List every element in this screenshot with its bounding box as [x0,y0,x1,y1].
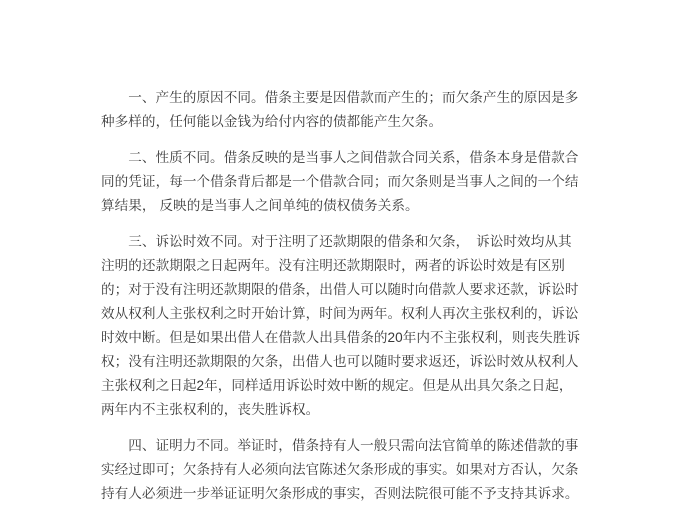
paragraph-proof: 四、证明力不同。举证时，借条持有人一般只需向法官简单的陈述借款的事 实经过即可；… [101,434,583,506]
paragraph-line: 效从权利人主张权利之时开始计算，时间为两年。权利人再次主张权利的，诉讼 [101,302,583,326]
paragraph-line: 同的凭证，每一个借条背后都是一个借款合同；而欠条则是当事人之间的一个结 [101,170,583,194]
paragraph-line: 两年内不主张权利的，丧失胜诉权。 [101,398,583,422]
paragraph-reason: 一、产生的原因不同。借条主要是因借款而产生的；而欠条产生的原因是多 种多样的，任… [101,86,583,134]
paragraph-line: 一、产生的原因不同。借条主要是因借款而产生的；而欠条产生的原因是多 [101,86,583,110]
paragraph-line: 主张权利之日起2年，同样适用诉讼时效中断的规定。但是从出具欠条之日起， [101,374,583,398]
paragraph-line: 二、性质不同。借条反映的是当事人之间借款合同关系，借条本身是借款合 [101,146,583,170]
paragraph-line: 注明的还款期限之日起两年。没有注明还款期限时，两者的诉讼时效是有区别 [101,254,583,278]
paragraph-nature: 二、性质不同。借条反映的是当事人之间借款合同关系，借条本身是借款合 同的凭证，每… [101,146,583,218]
paragraph-line: 四、证明力不同。举证时，借条持有人一般只需向法官简单的陈述借款的事 [101,434,583,458]
paragraph-line: 实经过即可；欠条持有人必须向法官陈述欠条形成的事实。如果对方否认，欠条 [101,458,583,482]
paragraph-limitation: 三、诉讼时效不同。对于注明了还款期限的借条和欠条， 诉讼时效均从其 注明的还款期… [101,230,583,422]
paragraph-line: 种多样的，任何能以金钱为给付内容的债都能产生欠条。 [101,110,583,134]
paragraph-line: 权；没有注明还款期限的欠条，出借人也可以随时要求返还，诉讼时效从权利人 [101,350,583,374]
paragraph-line: 持有人必须进一步举证证明欠条形成的事实，否则法院很可能不予支持其诉求。 [101,482,583,506]
document-body: 一、产生的原因不同。借条主要是因借款而产生的；而欠条产生的原因是多 种多样的，任… [101,86,583,510]
paragraph-line: 算结果， 反映的是当事人之间单纯的债权债务关系。 [101,194,583,218]
paragraph-line: 时效中断。但是如果出借人在借款人出具借条的20年内不主张权利，则丧失胜诉 [101,326,583,350]
paragraph-line: 三、诉讼时效不同。对于注明了还款期限的借条和欠条， 诉讼时效均从其 [101,230,583,254]
paragraph-line: 的；对于没有注明还款期限的借条，出借人可以随时向借款人要求还款，诉讼时 [101,278,583,302]
